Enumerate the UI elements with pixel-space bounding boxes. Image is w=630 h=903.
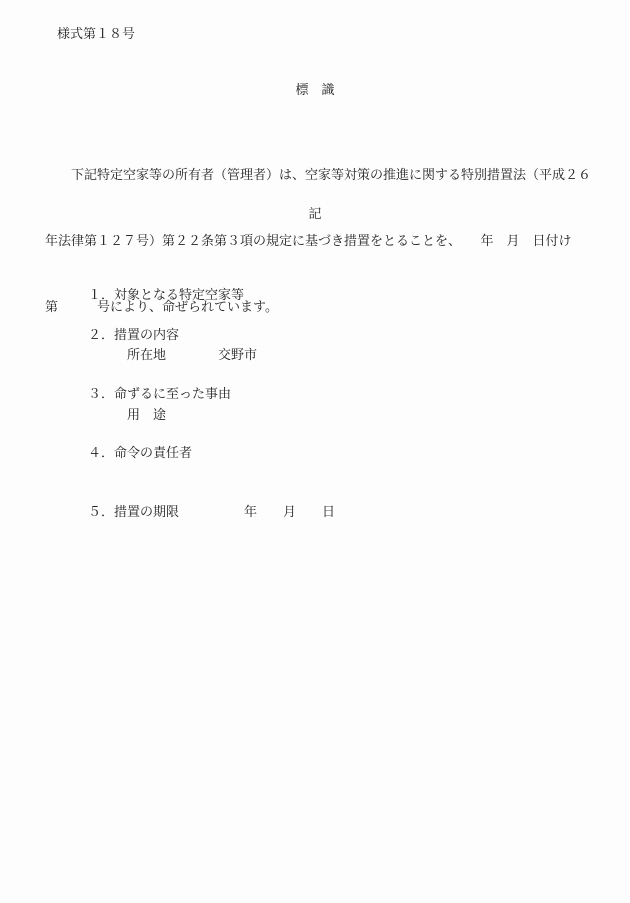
list-item-subline-usage: 用 途 (88, 406, 257, 426)
list-item-subline-location: 所在地 交野市 (88, 346, 257, 366)
document-page: 様式第１８号 標 識 下記特定空家等の所有者（管理者）は、空家等対策の推進に関す… (0, 0, 630, 903)
document-title: 標 識 (0, 81, 630, 101)
list-item-label: １．対象となる特定空家等 (88, 286, 257, 306)
list-item-1: １．対象となる特定空家等 所在地 交野市 用 途 (88, 246, 257, 466)
record-marker: 記 (0, 205, 630, 225)
list-item-2: ２．措置の内容 (88, 326, 179, 346)
form-number: 様式第１８号 (57, 25, 135, 45)
list-item-5: ５．措置の期限 年 月 日 (88, 503, 335, 523)
list-item-4: ４．命令の責任者 (88, 444, 192, 464)
list-item-3: ３．命ずるに至った事由 (88, 385, 231, 405)
body-paragraph-line: 下記特定空家等の所有者（管理者）は、空家等対策の推進に関する特別措置法（平成２６ (45, 165, 591, 187)
